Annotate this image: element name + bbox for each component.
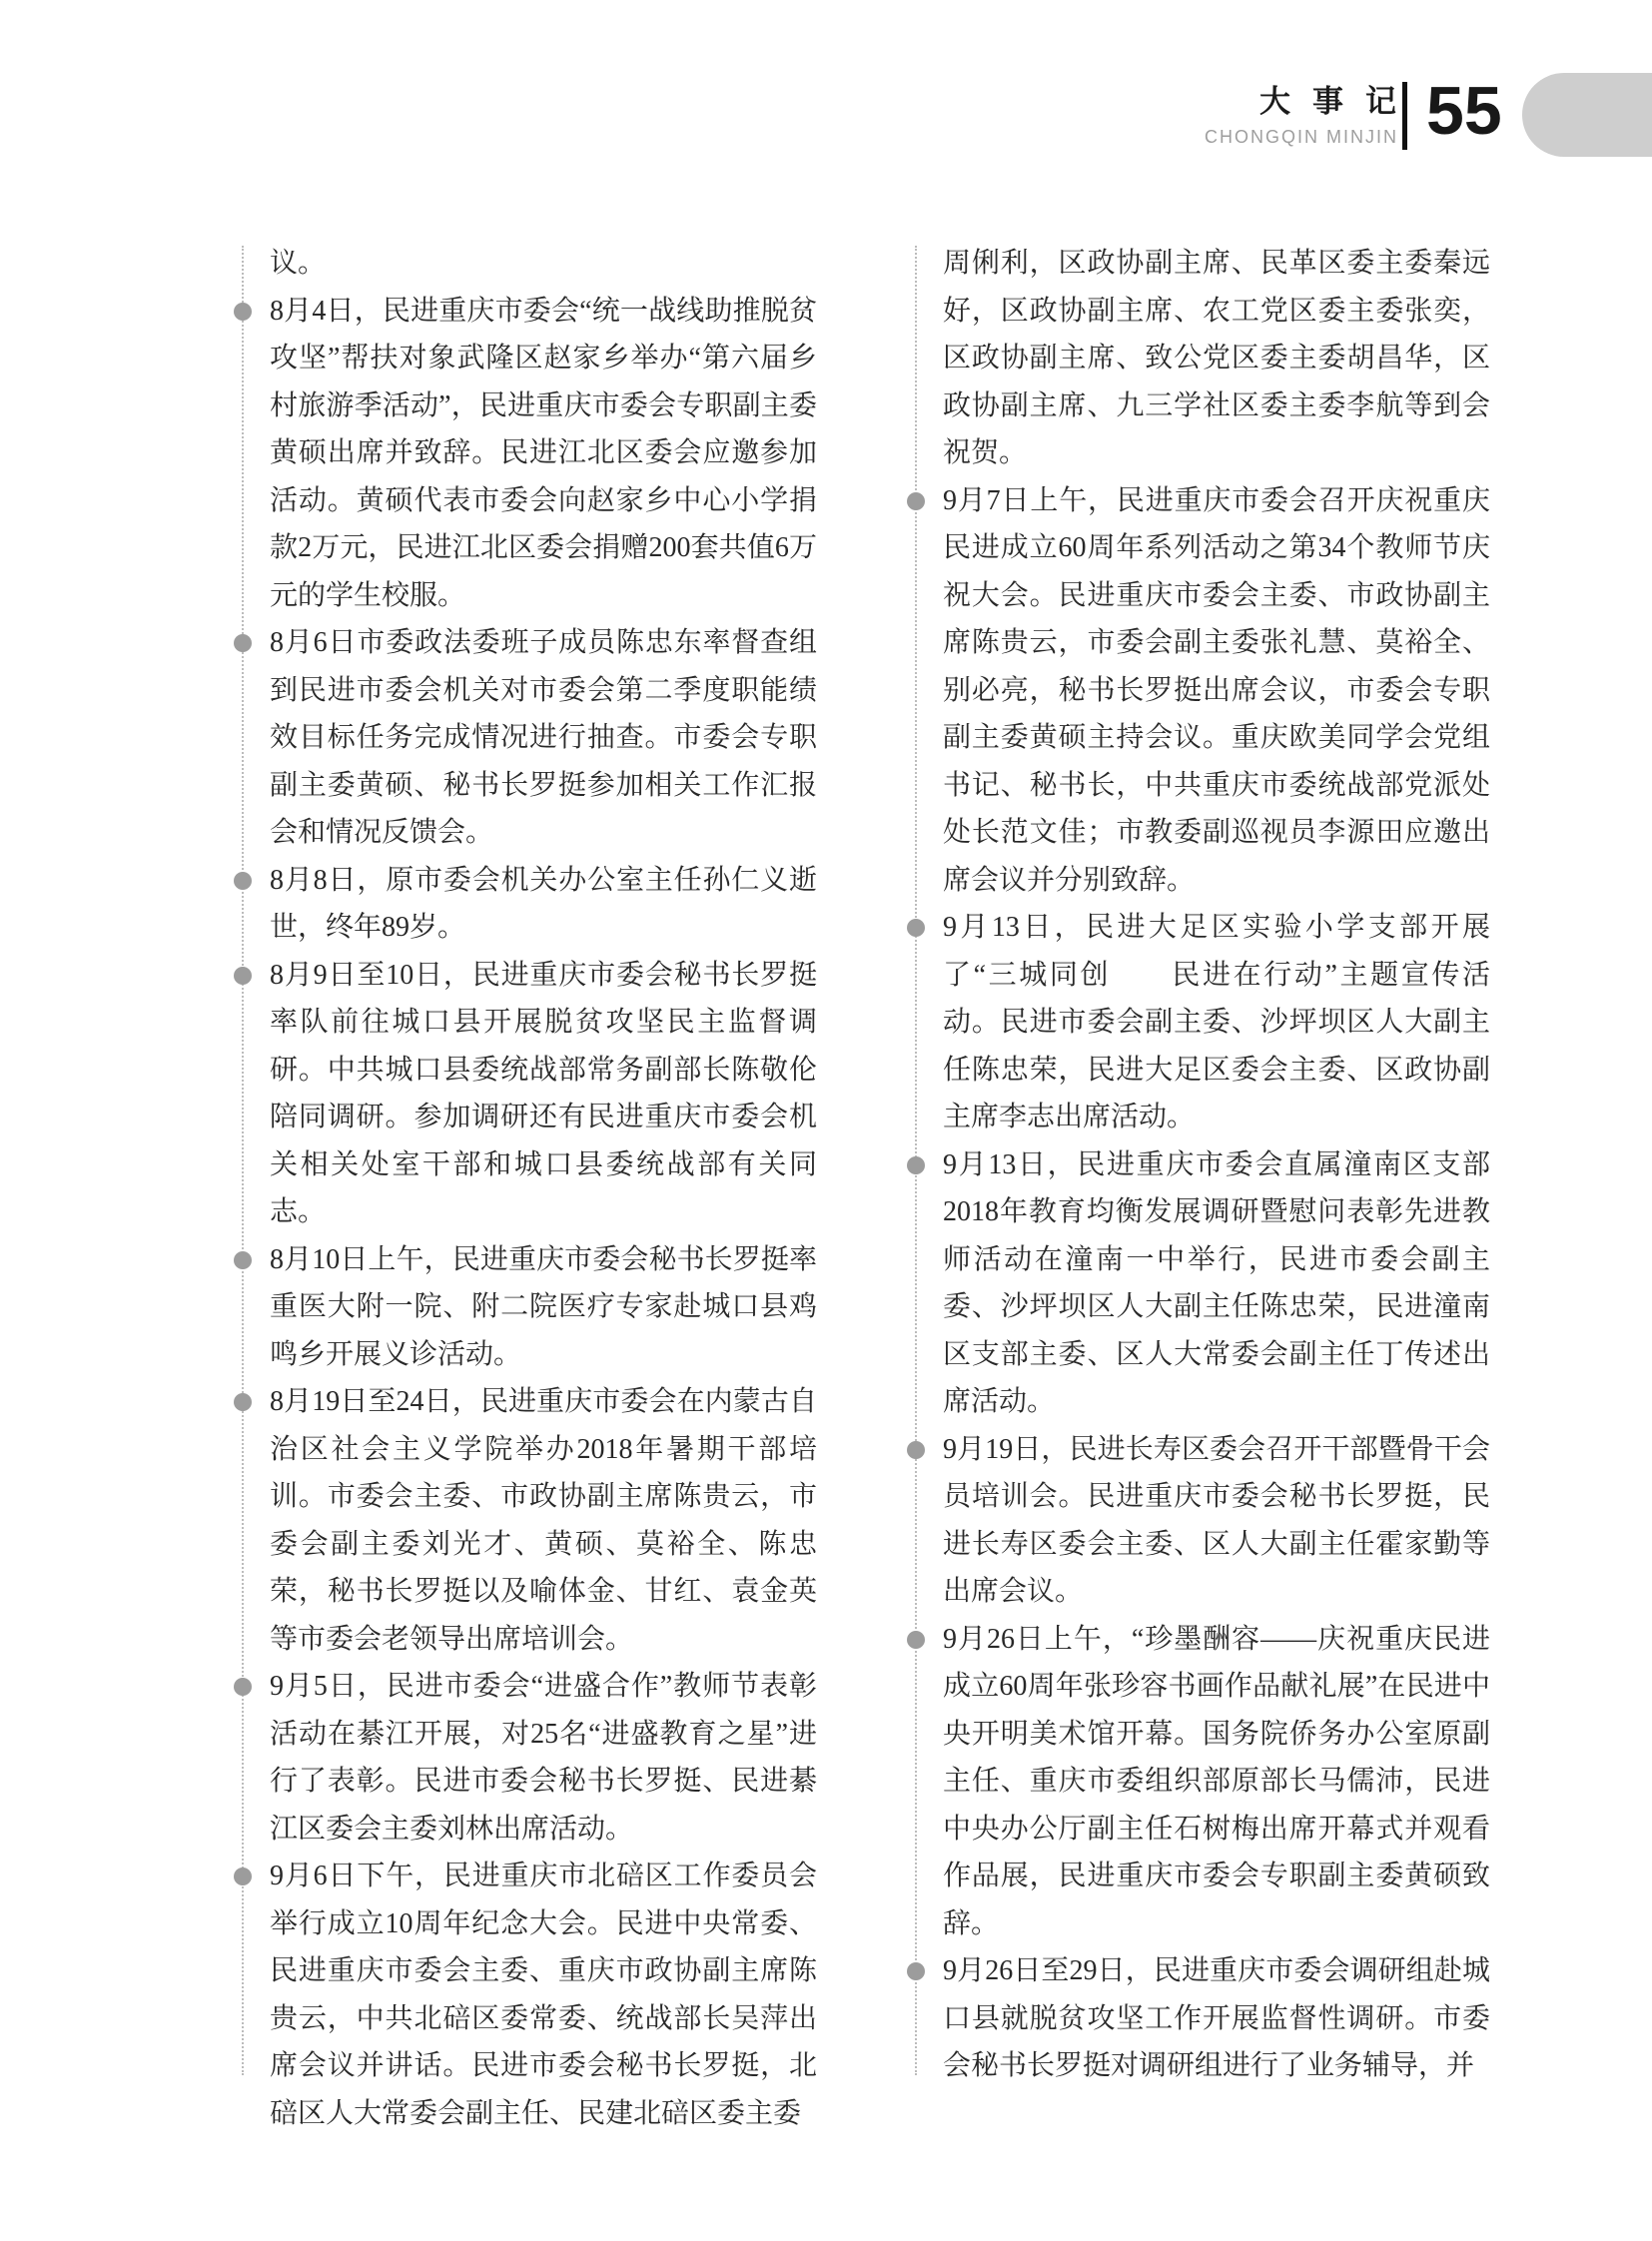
page-header: 大事记 CHONGQIN MINJIN: [1205, 85, 1396, 147]
entry-text: 8月9日至10日，民进重庆市委会秘书长罗挺率队前往城口县开展脱贫攻坚民主监督调研…: [270, 952, 817, 1236]
timeline-entry: 9月6日下午，民进重庆市北碚区工作委员会举行成立10周年纪念大会。民进中央常委、…: [270, 1853, 817, 2137]
magazine-page: 大事记 CHONGQIN MINJIN 55 议。8月4日，民进重庆市委会“统一…: [0, 0, 1652, 2241]
timeline-entry: 议。: [270, 240, 817, 288]
right-column: 周俐利，区政协副主席、民革区委主委秦远好，区政协副主席、农工党区委主委张奕，区政…: [943, 240, 1490, 2090]
timeline-entry: 9月26日上午，“珍墨酬容——庆祝重庆民进成立60周年张珍容书画作品献礼展”在民…: [943, 1616, 1490, 1948]
right-entries: 周俐利，区政协副主席、民革区委主委秦远好，区政协副主席、农工党区委主委张奕，区政…: [943, 240, 1490, 2090]
timeline-entry: 8月10日上午，民进重庆市委会秘书长罗挺率重医大附一院、附二院医疗专家赴城口县鸡…: [270, 1236, 817, 1379]
header-divider: [1402, 82, 1407, 150]
page-title: 大事记: [1205, 85, 1418, 119]
page-subtitle: CHONGQIN MINJIN: [1205, 127, 1398, 147]
timeline-entry: 9月19日，民进长寿区委会召开干部暨骨干会员培训会。民进重庆市委会秘书长罗挺，民…: [943, 1426, 1490, 1616]
bullet-dot: [234, 1678, 252, 1696]
corner-tab: [1522, 73, 1652, 157]
entry-text: 8月4日，民进重庆市委会“统一战线助推脱贫攻坚”帮扶对象武隆区赵家乡举办“第六届…: [270, 288, 817, 620]
entry-text: 9月13日，民进重庆市委会直属潼南区支部2018年教育均衡发展调研暨慰问表彰先进…: [943, 1141, 1490, 1426]
bullet-dot: [907, 919, 925, 937]
bullet-dot: [234, 1393, 252, 1411]
timeline-rule-left: [242, 246, 244, 2075]
entry-text: 9月26日至29日，民进重庆市委会调研组赴城口县就脱贫攻坚工作开展监督性调研。市…: [943, 1947, 1490, 2090]
timeline-entry: 8月19日至24日，民进重庆市委会在内蒙古自治区社会主义学院举办2018年暑期干…: [270, 1378, 817, 1663]
timeline-entry: 8月4日，民进重庆市委会“统一战线助推脱贫攻坚”帮扶对象武隆区赵家乡举办“第六届…: [270, 288, 817, 620]
entry-text: 9月7日上午，民进重庆市委会召开庆祝重庆民进成立60周年系列活动之第34个教师节…: [943, 477, 1490, 905]
page-number: 55: [1426, 77, 1502, 145]
left-entries: 议。8月4日，民进重庆市委会“统一战线助推脱贫攻坚”帮扶对象武隆区赵家乡举办“第…: [270, 240, 817, 2137]
entry-text: 9月5日，民进市委会“进盛合作”教师节表彰活动在綦江开展，对25名“进盛教育之星…: [270, 1663, 817, 1853]
timeline-entry: 9月13日，民进重庆市委会直属潼南区支部2018年教育均衡发展调研暨慰问表彰先进…: [943, 1141, 1490, 1426]
timeline-entry: 8月6日市委政法委班子成员陈忠东率督查组到民进市委会机关对市委会第二季度职能绩效…: [270, 619, 817, 857]
bullet-dot: [907, 1962, 925, 1980]
entry-text: 周俐利，区政协副主席、民革区委主委秦远好，区政协副主席、农工党区委主委张奕，区政…: [943, 240, 1490, 477]
bullet-dot: [234, 303, 252, 321]
timeline-entry: 8月8日，原市委会机关办公室主任孙仁义逝世，终年89岁。: [270, 857, 817, 952]
entry-text: 议。: [270, 240, 817, 288]
bullet-dot: [234, 967, 252, 985]
timeline-entry: 9月13日，民进大足区实验小学支部开展了“三城同创 民进在行动”主题宣传活动。民…: [943, 904, 1490, 1141]
entry-text: 8月8日，原市委会机关办公室主任孙仁义逝世，终年89岁。: [270, 857, 817, 952]
bullet-dot: [234, 1867, 252, 1885]
left-column: 议。8月4日，民进重庆市委会“统一战线助推脱贫攻坚”帮扶对象武隆区赵家乡举办“第…: [270, 240, 817, 2137]
timeline-entry: 8月9日至10日，民进重庆市委会秘书长罗挺率队前往城口县开展脱贫攻坚民主监督调研…: [270, 952, 817, 1236]
timeline-entry: 9月26日至29日，民进重庆市委会调研组赴城口县就脱贫攻坚工作开展监督性调研。市…: [943, 1947, 1490, 2090]
timeline-entry: 9月7日上午，民进重庆市委会召开庆祝重庆民进成立60周年系列活动之第34个教师节…: [943, 477, 1490, 905]
bullet-dot: [234, 634, 252, 652]
bullet-dot: [234, 872, 252, 890]
entry-text: 9月6日下午，民进重庆市北碚区工作委员会举行成立10周年纪念大会。民进中央常委、…: [270, 1853, 817, 2137]
entry-text: 9月26日上午，“珍墨酬容——庆祝重庆民进成立60周年张珍容书画作品献礼展”在民…: [943, 1616, 1490, 1948]
entry-text: 9月13日，民进大足区实验小学支部开展了“三城同创 民进在行动”主题宣传活动。民…: [943, 904, 1490, 1141]
bullet-dot: [907, 492, 925, 510]
entry-text: 9月19日，民进长寿区委会召开干部暨骨干会员培训会。民进重庆市委会秘书长罗挺，民…: [943, 1426, 1490, 1616]
bullet-dot: [907, 1156, 925, 1174]
entry-text: 8月10日上午，民进重庆市委会秘书长罗挺率重医大附一院、附二院医疗专家赴城口县鸡…: [270, 1236, 817, 1379]
timeline-entry: 9月5日，民进市委会“进盛合作”教师节表彰活动在綦江开展，对25名“进盛教育之星…: [270, 1663, 817, 1853]
bullet-dot: [907, 1441, 925, 1459]
bullet-dot: [907, 1631, 925, 1649]
entry-text: 8月19日至24日，民进重庆市委会在内蒙古自治区社会主义学院举办2018年暑期干…: [270, 1378, 817, 1663]
bullet-dot: [234, 1251, 252, 1269]
entry-text: 8月6日市委政法委班子成员陈忠东率督查组到民进市委会机关对市委会第二季度职能绩效…: [270, 619, 817, 857]
timeline-entry: 周俐利，区政协副主席、民革区委主委秦远好，区政协副主席、农工党区委主委张奕，区政…: [943, 240, 1490, 477]
